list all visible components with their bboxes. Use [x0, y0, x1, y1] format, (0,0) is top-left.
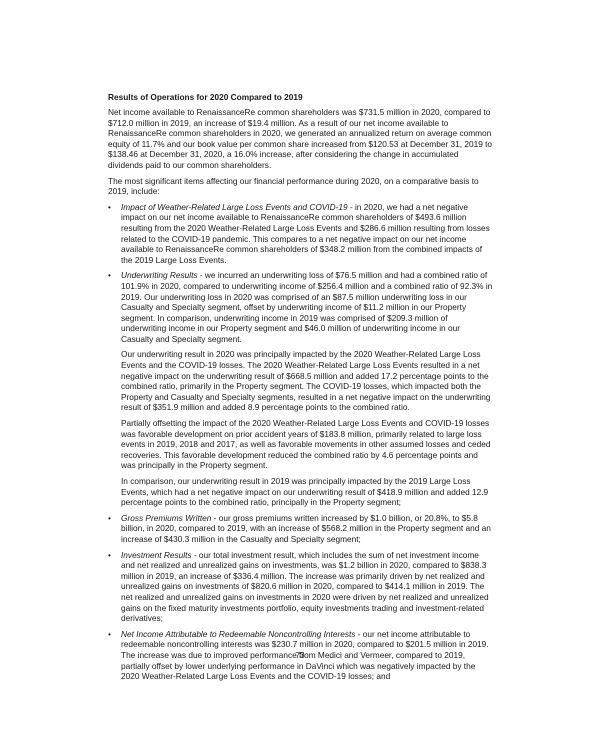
bullet-icon: •	[108, 550, 111, 561]
bullet-paragraph: In comparison, our underwriting result i…	[121, 476, 494, 508]
bullet-text: - our total investment result, which inc…	[121, 550, 489, 624]
bullet-heading: Gross Premiums Written	[121, 513, 211, 523]
bullet-item-investment-results: • Investment Results - our total investm…	[108, 550, 494, 624]
bullet-paragraph: Our underwriting result in 2020 was prin…	[121, 349, 494, 413]
section-title: Results of Operations for 2020 Compared …	[108, 92, 494, 103]
page-number: 73	[0, 650, 600, 660]
intro-paragraph: Net income available to RenaissanceRe co…	[108, 107, 494, 171]
bullet-icon: •	[108, 202, 111, 213]
bullet-heading: Investment Results	[121, 550, 192, 560]
bullet-heading: Impact of Weather-Related Large Loss Eve…	[121, 202, 348, 212]
bullet-item-gross-premiums: • Gross Premiums Written - our gross pre…	[108, 513, 494, 545]
bullet-heading: Net Income Attributable to Redeemable No…	[121, 629, 355, 639]
document-page: Results of Operations for 2020 Compared …	[108, 92, 494, 687]
bullet-icon: •	[108, 270, 111, 281]
bullet-paragraph: Partially offsetting the impact of the 2…	[121, 418, 494, 471]
bullet-heading: Underwriting Results	[121, 270, 198, 280]
bullet-item-weather-covid: • Impact of Weather-Related Large Loss E…	[108, 202, 494, 266]
bullet-list: • Impact of Weather-Related Large Loss E…	[108, 202, 494, 682]
bullet-text: - we incurred an underwriting loss of $7…	[121, 270, 492, 344]
intro-paragraph: The most significant items affecting our…	[108, 176, 494, 197]
bullet-icon: •	[108, 513, 111, 524]
bullet-icon: •	[108, 629, 111, 640]
bullet-item-underwriting-results: • Underwriting Results - we incurred an …	[108, 270, 494, 507]
